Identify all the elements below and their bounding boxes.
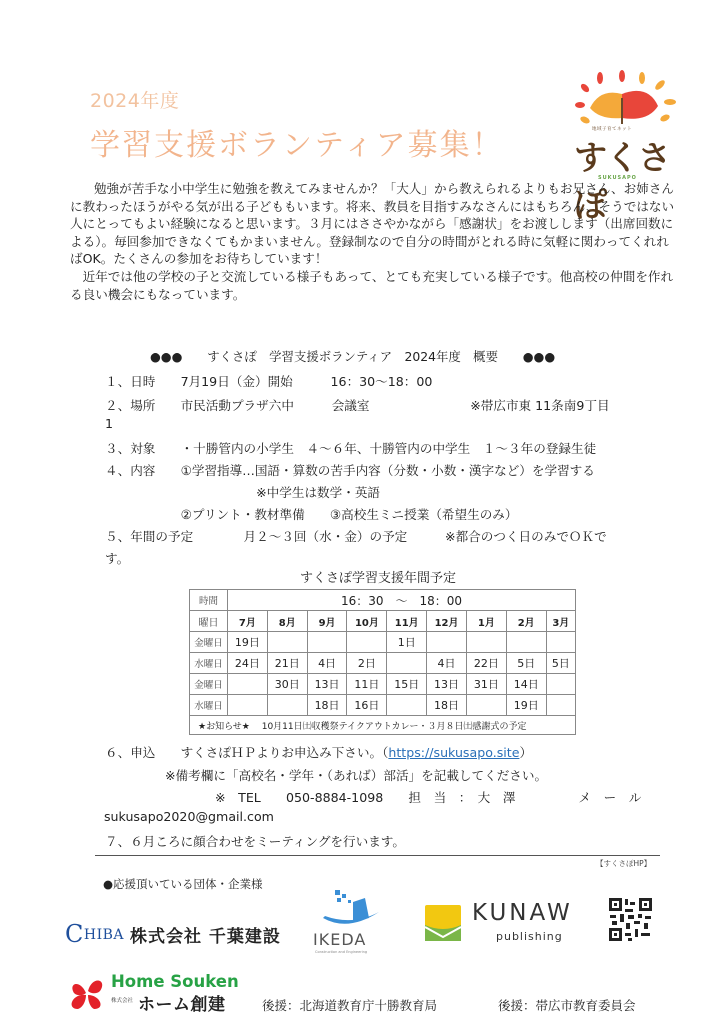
date-cell [466,695,506,716]
date-cell: 18日 [427,695,467,716]
sukusapo-site-link[interactable]: https://sukusapo.site [388,745,519,760]
date-cell: 4日 [427,653,467,674]
ikeda-building-icon [313,888,393,930]
chiba-logo: CHIBA [65,920,124,948]
home-souken-heart-icon [66,975,108,1013]
intro-paragraph: 勉強が苦手な小中学生に勉強を教えてみませんか？「大人」から教えられるよりもお兄さ… [70,180,678,268]
backer-obihiro: 後援：帯広市教育委員会 [498,996,636,1014]
sun-leaf-icon [570,70,690,130]
month-cell: 10月 [347,611,387,632]
date-cell: 13日 [307,674,347,695]
date-cell: 13日 [427,674,467,695]
date-cell: 21日 [267,653,307,674]
chiba-mark-text: HIBA [84,927,124,943]
date-cell: 2日 [347,653,387,674]
date-cell: 30日 [267,674,307,695]
apply-note: ※備考欄に「高校名・学年・（あれば）部活」を記載してください。 [165,765,547,784]
table-row: 金曜日 19日 1日 [190,632,576,653]
intro-text: 勉強が苦手な小中学生に勉強を教えてみませんか？「大人」から教えられるよりもお兄さ… [70,180,678,303]
time-row: 時間 16：30 ～ 18：00 [190,590,576,611]
time-label: 時間 [190,590,228,611]
schedule-table: 時間 16：30 ～ 18：00 曜日 7月 8月 9月 10月 11月 12月… [189,589,576,735]
date-cell: 18日 [307,695,347,716]
kunaw-icon [425,903,463,943]
contact-email[interactable]: sukusapo2020@gmail.com [104,809,274,824]
chiba-c-icon: C [65,920,84,948]
table-row: 金曜日 30日 13日 11日 15日 13日 31日 14日 [190,674,576,695]
apply-line: ６、申込 すくさぽＨＰよりお申込み下さい。（https://sukusapo.s… [105,742,532,761]
schedule-title: すくさぽ学習支援年間予定 [300,567,456,586]
weekday-label: 水曜日 [190,695,228,716]
date-cell [267,632,307,653]
apply-suffix: ） [519,745,532,760]
month-row: 曜日 7月 8月 9月 10月 11月 12月 1月 2月 3月 [190,611,576,632]
date-cell [267,695,307,716]
overview-item-content-2: ②プリント・教材準備 ③高校生ミニ授業（希望生のみ） [105,504,517,523]
table-row: 水曜日 24日 21日 4日 2日 4日 22日 5日 5日 [190,653,576,674]
date-cell: 5日 [506,653,546,674]
date-cell: 22日 [466,653,506,674]
chiba-company-name: 株式会社 千葉建設 [130,922,281,947]
weekday-label: 金曜日 [190,674,228,695]
date-cell: 5日 [546,653,575,674]
overview-item-location-cont: 1 [105,416,113,431]
overview-item-schedule-cont: す。 [105,548,129,567]
date-cell [387,695,427,716]
kunaw-name: KUNAW [472,900,573,926]
date-cell [228,674,268,695]
hp-qr-label: 【すくさぽHP】 [596,858,651,869]
home-souken-jp: ホーム創建 [138,990,226,1015]
home-souken-kk: 株式会社 [111,996,133,1004]
date-cell [307,632,347,653]
date-cell [347,632,387,653]
date-cell [546,674,575,695]
date-cell [546,695,575,716]
month-cell: 11月 [387,611,427,632]
date-cell: 11日 [347,674,387,695]
supporters-heading: ●応援頂いている団体・企業様 [103,876,263,892]
date-cell: 19日 [506,695,546,716]
kunaw-sub: publishing [496,930,563,943]
date-cell [228,695,268,716]
page-title: 学習支援ボランティア募集！ [90,120,504,164]
month-cell: 3月 [546,611,575,632]
date-cell [466,632,506,653]
overview-heading: ●●● すくさぽ 学習支援ボランティア 2024年度 概要 ●●● [150,347,555,365]
month-cell: 1月 [466,611,506,632]
date-cell [506,632,546,653]
date-cell: 14日 [506,674,546,695]
overview-item-content-note: ※中学生は数学・英語 [105,482,380,501]
date-cell: 1日 [387,632,427,653]
ikeda-logo: IKEDA Construction and Engineering [313,888,393,958]
date-cell: 15日 [387,674,427,695]
table-row: 水曜日 18日 16日 18日 19日 [190,695,576,716]
date-cell: 24日 [228,653,268,674]
overview-item-target: ３、対象 ・十勝管内の小学生 ４～６年、十勝管内の中学生 １～３年の登録生徒 [105,438,596,457]
month-cell: 8月 [267,611,307,632]
month-cell: 7月 [228,611,268,632]
apply-prefix: ６、申込 すくさぽＨＰよりお申込み下さい。（ [105,745,388,760]
overview-item-content: ４、内容 ①学習指導…国語・算数の苦手内容（分数・小数・漢字など）を学習する [105,460,595,479]
schedule-note: ★お知らせ★ 10月11日㈯収穫祭テイクアウトカレー・３月８日㈯感謝式の予定 [190,716,576,735]
home-souken-en: Home Souken [111,972,239,991]
ikeda-sub: Construction and Engineering [315,950,367,954]
month-cell: 9月 [307,611,347,632]
weekday-label: 水曜日 [190,653,228,674]
year-label: 2024年度 [90,86,179,113]
contact-line: ※ TEL 050-8884-1098 担 当 ： 大 澤 メ ー ル [215,787,641,806]
overview-item-schedule: ５、年間の予定 月２～３回（水・金）の予定 ※都合のつく日のみでＯＫで [105,526,607,545]
day-label: 曜日 [190,611,228,632]
date-cell: 31日 [466,674,506,695]
weekday-label: 金曜日 [190,632,228,653]
note-row: ★お知らせ★ 10月11日㈯収穫祭テイクアウトカレー・３月８日㈯感謝式の予定 [190,716,576,735]
meeting-line: ７、６月ころに顔合わせをミーティングを行います。 [105,831,405,850]
time-value: 16：30 ～ 18：00 [228,590,576,611]
intro-paragraph: 近年では他の学校の子と交流している様子もあって、とても充実している様子です。他高… [70,268,678,303]
date-cell [427,632,467,653]
date-cell: 4日 [307,653,347,674]
overview-item-location: ２、場所 市民活動プラザ六中 会議室 ※帯広市東 11条南9丁目 [105,395,610,414]
month-cell: 12月 [427,611,467,632]
date-cell: 19日 [228,632,268,653]
ikeda-name: IKEDA [313,930,366,949]
overview-item-datetime: １、日時 7月19日（金）開始 16：30～18：00 [105,371,432,390]
date-cell [387,653,427,674]
qr-code-icon[interactable] [608,897,653,942]
divider [95,855,660,856]
sukusapo-logo: 地域子育てネット すくさぽ SUKUSAPO [570,70,690,185]
date-cell: 16日 [347,695,387,716]
date-cell [546,632,575,653]
backer-tokachi: 後援：北海道教育庁十勝教育局 [262,996,437,1014]
month-cell: 2月 [506,611,546,632]
